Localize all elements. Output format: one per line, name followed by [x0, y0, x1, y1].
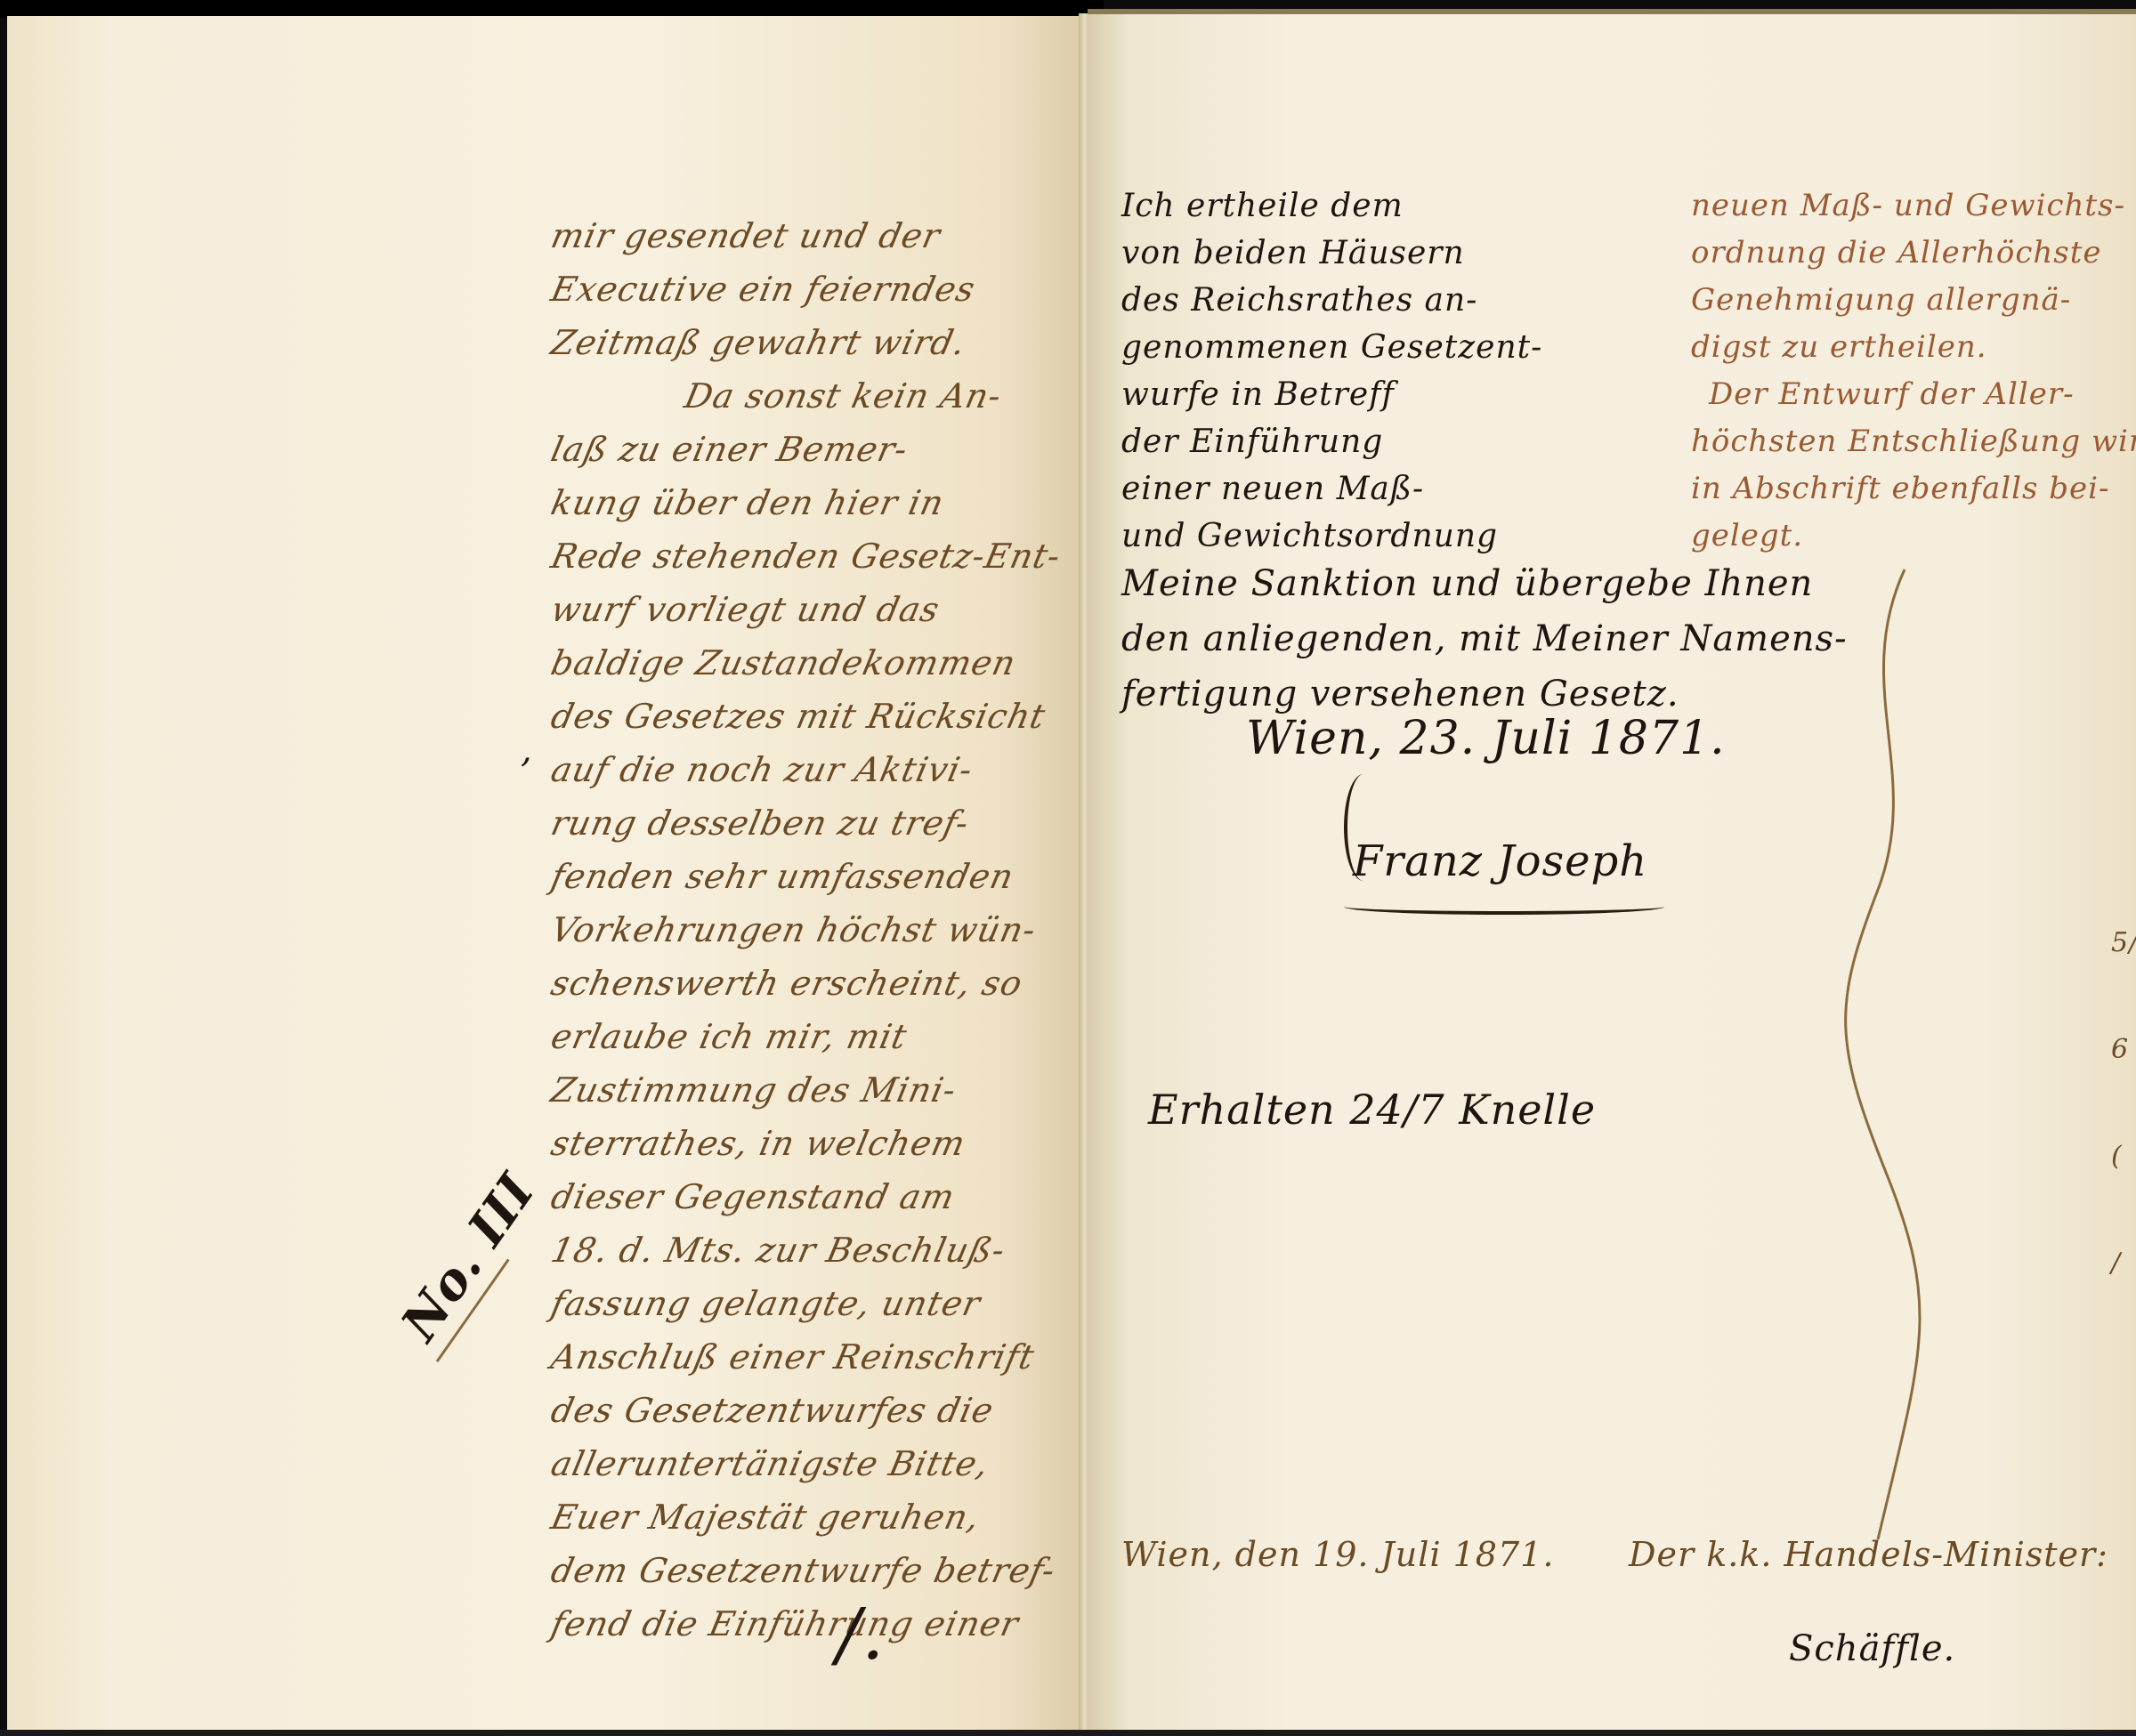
- text-line: Da sonst kein An-: [546, 369, 1066, 423]
- text-line: höchsten Entschließung wird: [1691, 418, 2136, 465]
- text-line: ordnung die Allerhöchste: [1691, 230, 2136, 277]
- text-line: Rede stehenden Gesetz-Ent-: [546, 529, 1066, 583]
- text-line: Genehmigung allergnä-: [1691, 277, 2136, 324]
- text-line: und Gewichtsordnung: [1121, 513, 1542, 560]
- text-line: den anliegenden, mit Meiner Namens-: [1121, 611, 1848, 666]
- text-line: Zustimmung des Mini-: [546, 1063, 1066, 1117]
- edge-mark: (: [2111, 1103, 2136, 1210]
- text-line: Vorkehrungen höchst wün-: [546, 903, 1066, 957]
- text-line: digst zu ertheilen.: [1691, 324, 2136, 371]
- text-line: sterrathes, in welchem: [546, 1117, 1066, 1170]
- text-line: fenden sehr umfassenden: [546, 850, 1066, 903]
- resolution-text: Ich ertheile dem von beiden Häusern des …: [1121, 182, 1542, 560]
- edge-marks: 5/ 6 ( /: [2111, 890, 2136, 1317]
- text-line: dem Gesetzentwurfe betref-: [546, 1544, 1066, 1597]
- text-line: wurf vorliegt und das: [546, 583, 1066, 636]
- text-line: Anschluß einer Reinschrift: [546, 1330, 1066, 1384]
- edge-mark: 5/: [2111, 890, 2136, 997]
- edge-mark: /: [2111, 1210, 2136, 1317]
- footer-date: Wien, den 19. Juli 1871.: [1121, 1535, 1554, 1574]
- text-line: des Reichsrathes an-: [1121, 277, 1542, 324]
- scan-border-bottom: [0, 1730, 2136, 1736]
- text-line: schenswerth erscheint, so: [546, 957, 1066, 1010]
- text-line: Ich ertheile dem: [1121, 182, 1542, 230]
- scan-border-top: [0, 0, 1104, 18]
- text-line: 18. d. Mts. zur Beschluß-: [546, 1223, 1066, 1277]
- margin-wavy-line: [1816, 552, 1940, 1548]
- text-line: dieser Gegenstand am: [546, 1170, 1066, 1223]
- minister-title: Der k.k. Handels-Minister:: [1629, 1535, 2108, 1574]
- margin-tick: ,: [521, 730, 533, 771]
- text-line: der Einführung: [1121, 418, 1542, 465]
- text-line: auf die noch zur Aktivi-: [546, 743, 1066, 796]
- text-line: erlaube ich mir, mit: [546, 1010, 1066, 1063]
- end-mark: /.: [837, 1593, 885, 1675]
- minister-signature: Schäffle.: [1789, 1628, 1955, 1669]
- text-line: Executive ein feierndes: [546, 262, 1066, 316]
- imperial-signature: Franz Joseph: [1353, 836, 1647, 886]
- text-line: fend die Einführung einer: [546, 1597, 1066, 1651]
- text-line: des Gesetzentwurfes die: [546, 1384, 1066, 1437]
- text-line: des Gesetzes mit Rücksicht: [546, 690, 1066, 743]
- text-line: alleruntertänigste Bitte,: [546, 1437, 1066, 1490]
- text-line: kung über den hier in: [546, 476, 1066, 529]
- petition-text: neuen Maß- und Gewichts- ordnung die All…: [1691, 182, 2136, 560]
- resolution-date: Wien, 23. Juli 1871.: [1246, 712, 1726, 765]
- text-line: fassung gelangte, unter: [546, 1277, 1066, 1330]
- text-line: neuen Maß- und Gewichts-: [1691, 182, 2136, 230]
- text-line: einer neuen Maß-: [1121, 465, 1542, 513]
- text-line: Meine Sanktion und übergebe Ihnen: [1121, 556, 1848, 611]
- text-line: rung desselben zu tref-: [546, 796, 1066, 850]
- text-line: von beiden Häusern: [1121, 230, 1542, 277]
- text-line: Euer Majestät geruhen,: [546, 1490, 1066, 1544]
- text-line: mir gesendet und der: [546, 209, 1066, 262]
- registry-note: Erhalten 24/7 Knelle: [1148, 1086, 1596, 1134]
- text-line: Zeitmaß gewahrt wird.: [546, 316, 1066, 369]
- signature-underline: [1344, 899, 1664, 915]
- text-line: genommenen Gesetzent-: [1121, 324, 1542, 371]
- text-line: laß zu einer Bemer-: [546, 423, 1066, 476]
- edge-mark: 6: [2111, 997, 2136, 1103]
- text-line: in Abschrift ebenfalls bei-: [1691, 465, 2136, 513]
- text-line: wurfe in Betreff: [1121, 371, 1542, 418]
- text-line: baldige Zustandekommen: [546, 636, 1066, 690]
- closing-text: Meine Sanktion und übergebe Ihnen den an…: [1121, 556, 1848, 722]
- text-line: Der Entwurf der Aller-: [1691, 371, 2136, 418]
- left-page-body: mir gesendet und der Executive ein feier…: [552, 209, 1060, 1651]
